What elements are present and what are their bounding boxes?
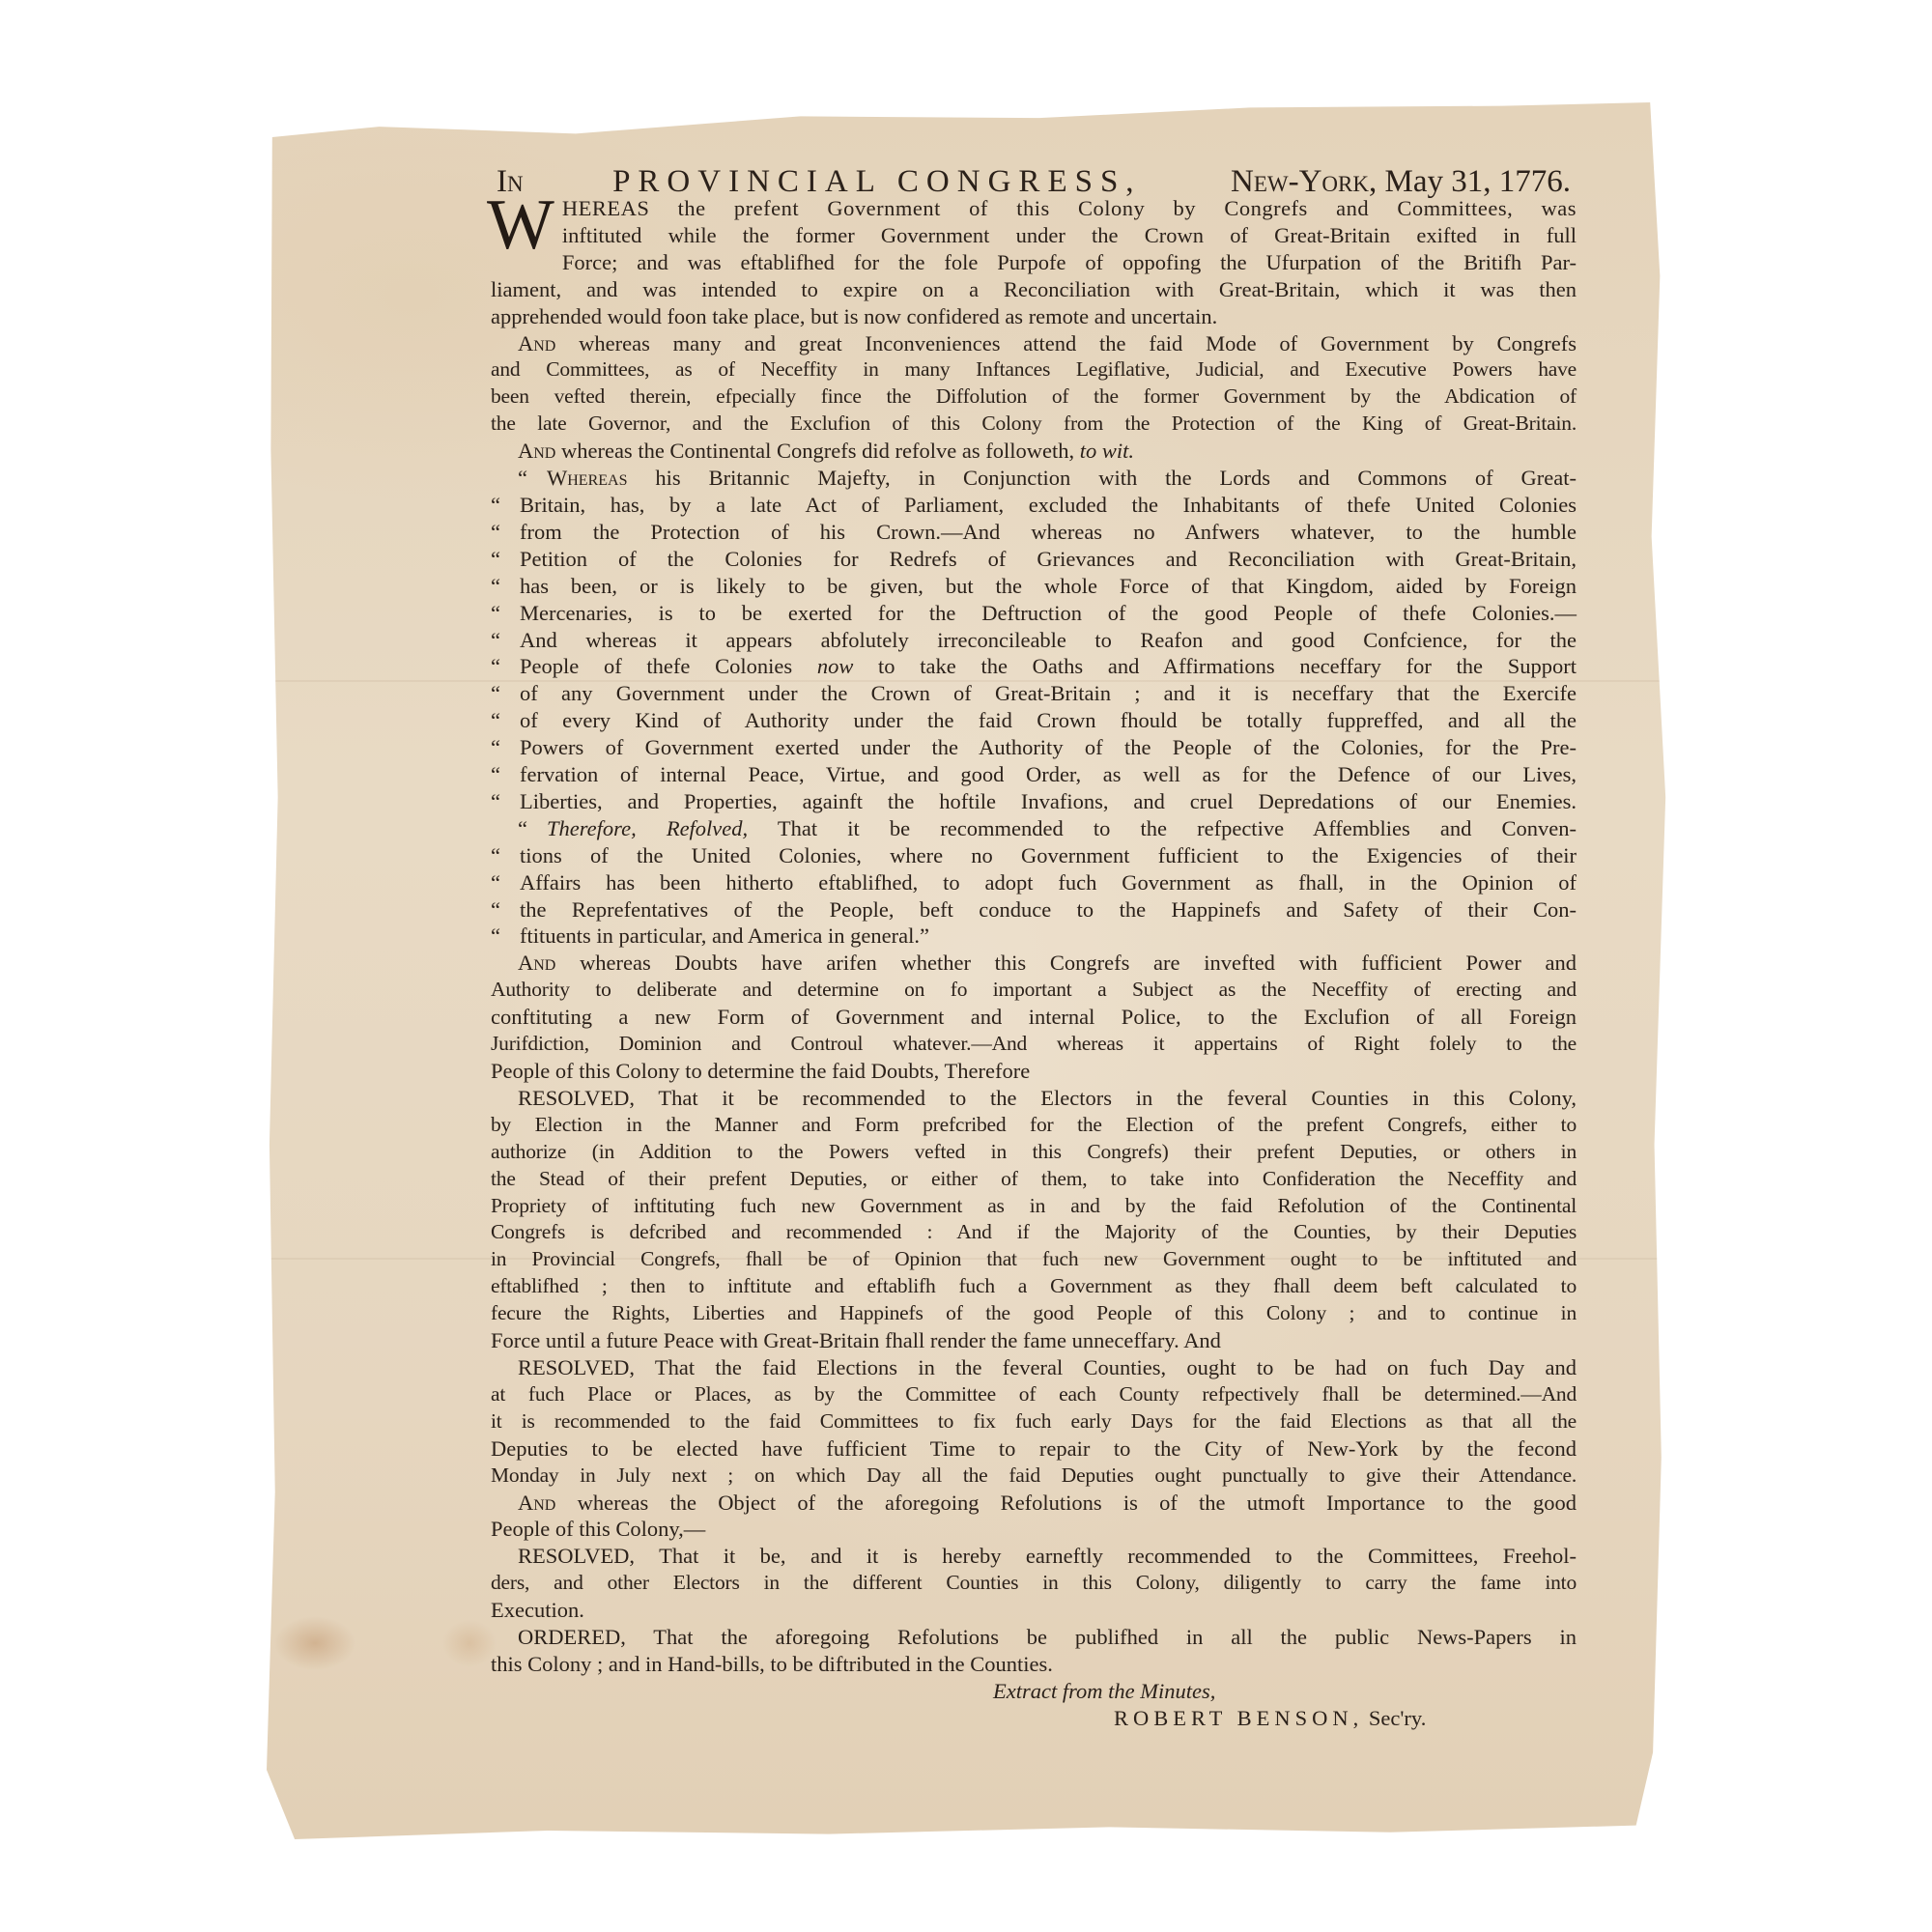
text-line: in Provincial Congrefs, fhall be of Opin… — [491, 1246, 1577, 1273]
text-line: authorize (in Addition to the Powers vef… — [491, 1139, 1577, 1166]
quote-mark: “ — [518, 815, 547, 842]
text-line: HEREAS the prefent Government of this Co… — [491, 195, 1577, 222]
text-line: Monday in July next ; on which Day all t… — [491, 1463, 1577, 1490]
text-line: ftituents in particular, and America in … — [520, 923, 1577, 950]
text-line: and Committees, as of Neceffity in many … — [491, 356, 1577, 384]
paragraph-whereas-doubts: And whereas Doubts have arifen whether t… — [491, 950, 1577, 1085]
text-line: That the aforegoing Refolutions be publi… — [653, 1625, 1577, 1649]
text-line: whereas the Object of the aforegoing Ref… — [578, 1491, 1577, 1515]
signatory-name: ROBERT BENSON, — [1114, 1706, 1363, 1730]
text-line: That it be recommended to the refpective… — [778, 816, 1577, 840]
title-date: May 31, 1776. — [1385, 164, 1572, 199]
text-line: liament, and was intended to expire on a… — [491, 276, 1577, 303]
paragraph-lead: And — [518, 951, 555, 975]
quote-mark: “ — [491, 842, 520, 869]
quote-mark: “ — [491, 734, 520, 761]
text-line: Execution. — [491, 1597, 1577, 1624]
quote-mark: “ — [491, 869, 520, 896]
quote-mark: “ — [518, 465, 547, 492]
text-line: ders, and other Electors in the differen… — [491, 1570, 1577, 1597]
text-line: Mercenaries, is to be exerted for the De… — [520, 600, 1577, 627]
text-line: Petition of the Colonies for Redrefs of … — [520, 546, 1577, 573]
quote-mark: “ — [491, 546, 520, 573]
paragraph-whereas-1: W HEREAS the prefent Government of this … — [491, 195, 1577, 330]
quote-mark: “ — [491, 923, 520, 950]
text-line: by Election in the Manner and Form prefc… — [491, 1112, 1577, 1139]
text-line: at fuch Place or Places, as by the Commi… — [491, 1381, 1577, 1408]
paragraph-lead: ORDERED, — [518, 1625, 626, 1649]
paragraph-lead: RESOLVED, — [518, 1086, 635, 1110]
text-line: People of thefe Colonies — [520, 654, 792, 678]
text-line: Britain, has, by a late Act of Parliamen… — [520, 492, 1577, 519]
text-line: People of this Colony to determine the f… — [491, 1058, 1577, 1085]
paragraph-lead: RESOLVED, — [518, 1355, 635, 1379]
quote-mark: “ — [491, 519, 520, 546]
italic-text: Therefore, Refolved, — [547, 816, 748, 840]
text-line: the Stead of their prefent Deputies, or … — [491, 1166, 1577, 1193]
title-place: New-York, — [1231, 164, 1377, 199]
text-line: conftituting a new Form of Government an… — [491, 1004, 1577, 1031]
text-line: been vefted therein, efpecially fince th… — [491, 384, 1577, 411]
text-line: Deputies to be elected have fufficient T… — [491, 1435, 1577, 1463]
quote-mark: “ — [491, 788, 520, 815]
text-line: eftablifhed ; then to inftitute and efta… — [491, 1273, 1577, 1300]
text-line: Force; and was eftablifhed for the fole … — [491, 249, 1577, 276]
quote-mark: “ — [491, 492, 520, 519]
text-line: this Colony ; and in Hand-bills, to be d… — [491, 1651, 1577, 1678]
text-line: That it be recommended to the Electors i… — [658, 1086, 1577, 1110]
text-line: of any Government under the Crown of Gre… — [520, 680, 1577, 707]
text-line: Liberties, and Properties, againft the h… — [520, 788, 1577, 815]
paragraph-lead: And — [518, 331, 555, 355]
quote-mark: “ — [491, 680, 520, 707]
text-line: to take the Oaths and Affirmations necef… — [878, 654, 1577, 678]
paragraph-continental-congress: And whereas the Continental Congrefs did… — [491, 438, 1577, 465]
quote-mark: “ — [491, 573, 520, 600]
text-line: the Reprefentatives of the People, beft … — [520, 896, 1577, 923]
text-line: Congrefs is defcribed and recommended : … — [491, 1219, 1577, 1246]
text-line: whereas the Continental Congrefs did ref… — [561, 439, 1074, 463]
paragraph-resolved-3: RESOLVED, That it be, and it is hereby e… — [491, 1543, 1577, 1624]
text-line: whereas many and great Inconveniences at… — [579, 331, 1577, 355]
text-line: Jurifdiction, Dominion and Controul what… — [491, 1031, 1577, 1058]
text-line: the late Governor, and the Exclufion of … — [491, 411, 1577, 438]
text-line: it is recommended to the faid Committees… — [491, 1408, 1577, 1435]
text-line: Propriety of inftituting fuch new Govern… — [491, 1193, 1577, 1220]
drop-cap: W — [487, 197, 554, 253]
italic-text: to wit. — [1080, 439, 1134, 463]
paragraph-ordered: ORDERED, That the aforegoing Refolutions… — [491, 1624, 1577, 1678]
text-line: apprehended would foon take place, but i… — [491, 303, 1577, 330]
text-line: People of this Colony,— — [491, 1516, 1577, 1543]
text-line: of every Kind of Authority under the fai… — [520, 707, 1577, 734]
paragraph-lead: And — [518, 439, 555, 463]
title-prefix: In — [497, 162, 524, 201]
text-line: from the Protection of his Crown.—And wh… — [520, 519, 1577, 546]
broadside-text: In PROVINCIAL CONGRESS, New-York, May 31… — [491, 162, 1577, 1732]
signature-line: ROBERT BENSON, Sec'ry. — [491, 1705, 1577, 1732]
quote-mark: “ — [491, 707, 520, 734]
text-line: whereas Doubts have arifen whether this … — [580, 951, 1577, 975]
text-line: his Britannic Majefty, in Conjunction wi… — [655, 466, 1577, 490]
quote-mark: “ — [491, 627, 520, 654]
signatory-title: Sec'ry. — [1369, 1706, 1426, 1730]
text-line: inftituted while the former Government u… — [491, 222, 1577, 249]
text-line: That it be, and it is hereby earneftly r… — [659, 1544, 1577, 1568]
paragraph-lead: RESOLVED, — [518, 1544, 635, 1568]
text-line: That the faid Elections in the feveral C… — [655, 1355, 1577, 1379]
text-line: Powers of Government exerted under the A… — [520, 734, 1577, 761]
text-line: has been, or is likely to be given, but … — [520, 573, 1577, 600]
quoted-resolution: “ Whereas his Britannic Majefty, in Conj… — [491, 465, 1577, 950]
paragraph-lead: Whereas — [547, 466, 627, 490]
text-line: Authority to deliberate and determine on… — [491, 977, 1577, 1004]
attestation-line: Extract from the Minutes, — [491, 1678, 1577, 1705]
paragraph-lead: And — [518, 1491, 555, 1515]
text-line: fecure the Rights, Liberties and Happine… — [491, 1300, 1577, 1327]
text-line: fervation of internal Peace, Virtue, and… — [520, 761, 1577, 788]
quote-mark: “ — [491, 761, 520, 788]
paragraph-whereas-2: And whereas many and great Inconvenience… — [491, 330, 1577, 439]
text-line: Force until a future Peace with Great-Br… — [491, 1327, 1577, 1354]
italic-text: now — [817, 654, 854, 678]
text-line: tions of the United Colonies, where no G… — [520, 842, 1577, 869]
paragraph-resolved-1: RESOLVED, That it be recommended to the … — [491, 1085, 1577, 1354]
paragraph-resolved-2: RESOLVED, That the faid Elections in the… — [491, 1354, 1577, 1490]
quote-mark: “ — [491, 896, 520, 923]
quote-mark: “ — [491, 600, 520, 627]
text-line: And whereas it appears abfolutely irreco… — [520, 627, 1577, 654]
text-line: Affairs has been hitherto eftablifhed, t… — [520, 869, 1577, 896]
paragraph-whereas-object: And whereas the Object of the aforegoing… — [491, 1490, 1577, 1544]
quote-mark: “ — [491, 653, 520, 680]
